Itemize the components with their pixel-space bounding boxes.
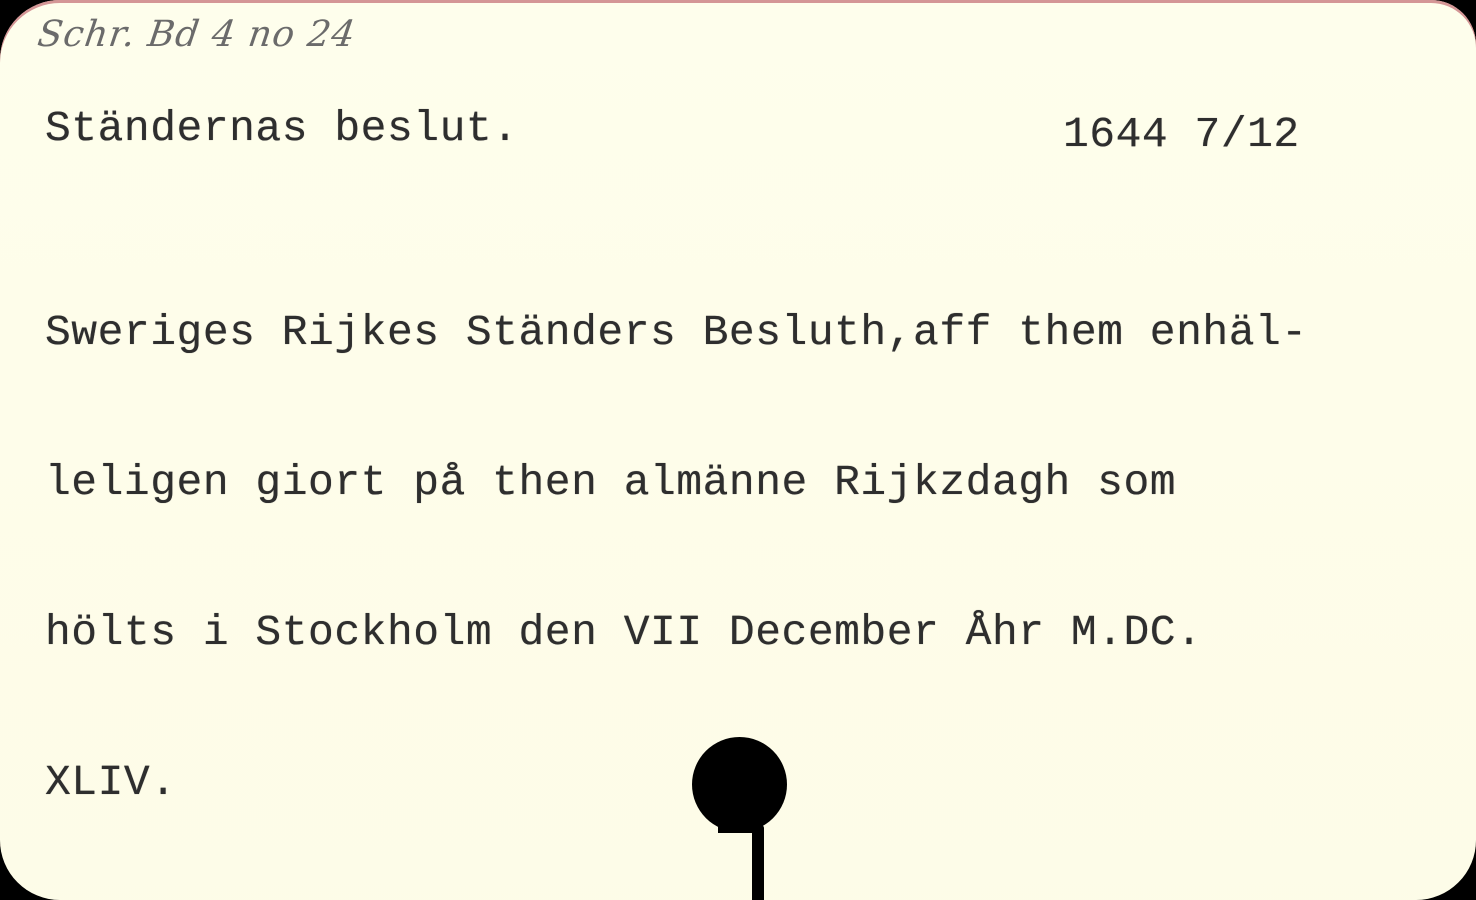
index-card: Schr. Bd 4 no 24 Ständernas beslut. 1644… (0, 0, 1476, 900)
body-line: hölts i Stockholm den VII December Åhr M… (45, 608, 1308, 658)
body-line: XLIV. (45, 758, 1308, 808)
card-title: Ständernas beslut. (45, 104, 518, 153)
card-body: Sweriges Rijkes Ständers Besluth,aff the… (45, 208, 1308, 900)
handwritten-reference: Schr. Bd 4 no 24 (35, 14, 358, 55)
body-line: leligen giort på then almänne Rijkzdagh … (45, 458, 1308, 508)
body-line: Sweriges Rijkes Ständers Besluth,aff the… (45, 308, 1308, 358)
punch-hole-slit (752, 825, 764, 900)
card-date: 1644 7/12 (1063, 110, 1300, 159)
punch-hole (692, 737, 787, 832)
